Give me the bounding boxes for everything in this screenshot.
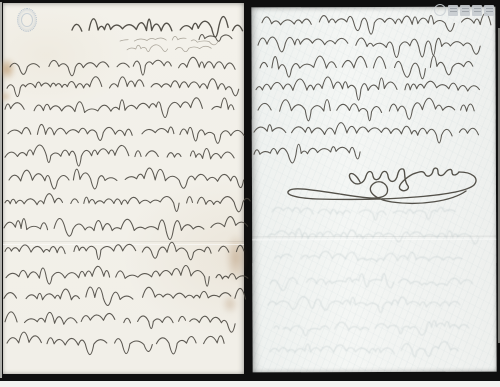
foxing-stain bbox=[0, 53, 19, 85]
watermark-glyph-block bbox=[484, 5, 494, 16]
watermark-glyph-block bbox=[460, 5, 470, 16]
watermark-glyph-block bbox=[448, 5, 458, 16]
letter-photograph bbox=[0, 0, 500, 387]
watermark bbox=[434, 2, 498, 18]
scan-edge-strip bbox=[0, 381, 500, 387]
letter-page-right bbox=[251, 7, 496, 373]
letter-page-left bbox=[3, 3, 244, 374]
watermark-circle-icon bbox=[434, 4, 446, 16]
fold-crease bbox=[252, 236, 496, 241]
watermark-glyph-block bbox=[472, 5, 482, 16]
paper-edge-highlight-left bbox=[0, 2, 2, 378]
fold-crease bbox=[3, 241, 244, 245]
foxing-stain bbox=[222, 225, 250, 291]
foxing-stain bbox=[219, 291, 241, 317]
embossed-seal-inner-ring bbox=[21, 13, 33, 27]
embossed-seal-stamp bbox=[17, 8, 37, 32]
